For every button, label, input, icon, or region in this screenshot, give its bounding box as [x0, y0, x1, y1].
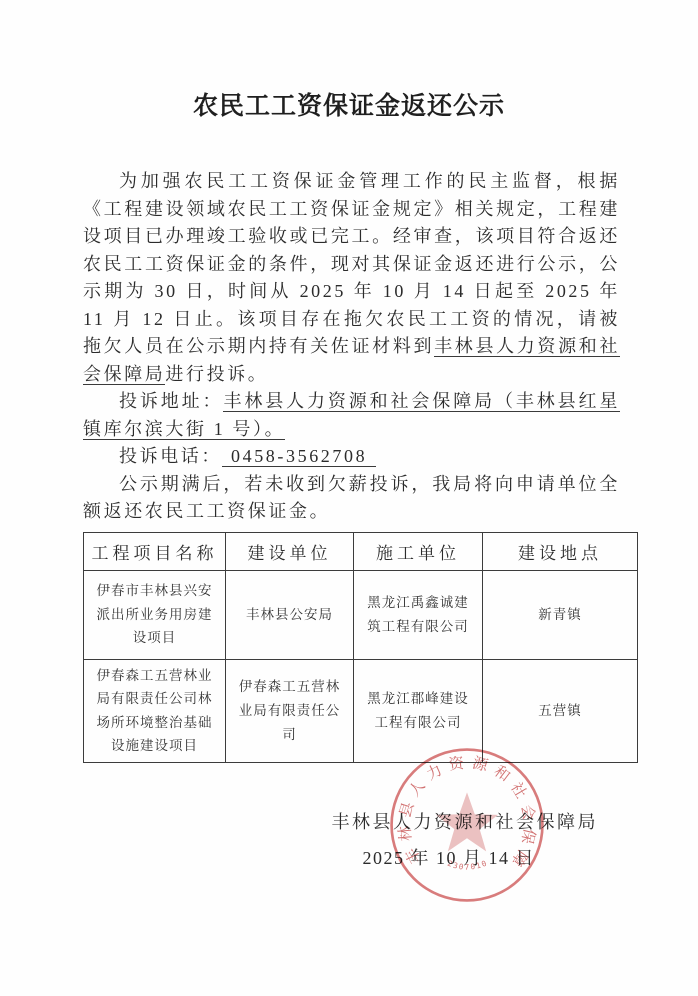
document-page: 农民工工资保证金返还公示 为加强农民工工资保证金管理工作的民主监督，根据《工程建… [0, 0, 698, 996]
complaint-phone-label: 投诉电话： [119, 446, 222, 466]
paragraph-complaint-phone: 投诉电话：0458-3562708 [83, 443, 620, 471]
complaint-address-label: 投诉地址： [119, 391, 223, 411]
table-row: 伊春市丰林县兴安派出所业务用房建设项目 丰林县公安局 黑龙江禹鑫诚建筑工程有限公… [84, 570, 638, 659]
cell-project-name: 伊春市丰林县兴安派出所业务用房建设项目 [84, 570, 226, 659]
table-header-row: 工程项目名称 建设单位 施工单位 建设地点 [84, 532, 638, 570]
document-date: 2025 年 10 月 14 日 [0, 844, 698, 870]
projects-table: 工程项目名称 建设单位 施工单位 建设地点 伊春市丰林县兴安派出所业务用房建设项… [83, 532, 638, 764]
table-row: 伊春森工五营林业局有限责任公司林场所环境整治基础设施建设项目 伊春森工五营林业局… [84, 659, 638, 763]
document-body: 为加强农民工工资保证金管理工作的民主监督，根据《工程建设领域农民工工资保证金规定… [83, 168, 620, 526]
paragraph-complaint-address: 投诉地址：丰林县人力资源和社会保障局（丰林县红星镇库尔滨大街 1 号）。 [83, 388, 620, 443]
intro-text: 为加强农民工工资保证金管理工作的民主监督，根据《工程建设领域农民工工资保证金规定… [83, 171, 620, 356]
cell-contractor: 黑龙江禹鑫诚建筑工程有限公司 [354, 570, 483, 659]
column-header-location: 建设地点 [483, 532, 638, 570]
issuing-authority: 丰林县人力资源和社会保障局 [0, 808, 698, 834]
cell-contractor: 黑龙江郡峰建设工程有限公司 [354, 659, 483, 763]
paragraph-closing: 公示期满后，若未收到欠薪投诉，我局将向申请单位全额返还农民工工资保证金。 [83, 471, 620, 526]
cell-location: 五营镇 [483, 659, 638, 763]
cell-location: 新青镇 [483, 570, 638, 659]
intro-text-end: 进行投诉。 [165, 364, 268, 384]
document-title: 农民工工资保证金返还公示 [0, 86, 698, 122]
signature-block: 丰林县人力资源和社会保障局 2025 年 10 月 14 日 [0, 808, 698, 870]
cell-construction-unit: 伊春森工五营林业局有限责任公司 [226, 659, 354, 763]
column-header-contractor: 施工单位 [354, 532, 483, 570]
cell-project-name: 伊春森工五营林业局有限责任公司林场所环境整治基础设施建设项目 [84, 659, 226, 763]
cell-construction-unit: 丰林县公安局 [226, 570, 354, 659]
paragraph-intro: 为加强农民工工资保证金管理工作的民主监督，根据《工程建设领域农民工工资保证金规定… [83, 168, 620, 388]
column-header-project-name: 工程项目名称 [84, 532, 226, 570]
complaint-phone-value: 0458-3562708 [222, 446, 376, 467]
column-header-construction-unit: 建设单位 [226, 532, 354, 570]
